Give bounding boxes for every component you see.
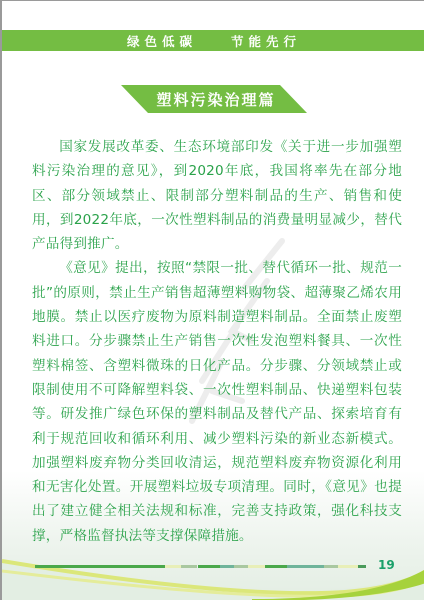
- segment: [248, 565, 265, 568]
- segment: [165, 565, 181, 568]
- paragraph-2: 《意见》提出，按照“禁限一批、替代循环一批、规范一批”的原则，禁止生产销售超薄塑…: [32, 256, 402, 548]
- section-title: 塑料污染治理篇: [121, 85, 307, 113]
- segment: [198, 565, 220, 568]
- segment: [265, 565, 287, 568]
- article-body: 国家发展改革委、生态环境部印发《关于进一步加强塑料污染治理的意见》，到2020年…: [32, 135, 402, 548]
- segment: [358, 565, 366, 568]
- page-number: 19: [378, 558, 395, 572]
- footer-segmented-line: [35, 565, 365, 568]
- slogan-left: 绿色低碳: [127, 32, 197, 50]
- paragraph-1: 国家发展改革委、生态环境部印发《关于进一步加强塑料污染治理的意见》，到2020年…: [32, 135, 402, 256]
- section-title-banner: 塑料污染治理篇: [121, 85, 307, 113]
- segment: [181, 565, 197, 568]
- footer-decorative-curves: [2, 521, 424, 600]
- slogan-right: 节能先行: [231, 32, 301, 50]
- document-page: 绿色低碳 节能先行 塑料污染治理篇 国家发展改革委、生态环境部印发《关于进一步加…: [0, 0, 424, 600]
- header-slogan-band: 绿色低碳 节能先行: [2, 30, 424, 51]
- segment: [338, 565, 358, 568]
- segment: [234, 565, 248, 568]
- segment: [324, 565, 338, 568]
- segment: [287, 565, 324, 568]
- segment: [220, 565, 234, 568]
- segment: [35, 565, 165, 568]
